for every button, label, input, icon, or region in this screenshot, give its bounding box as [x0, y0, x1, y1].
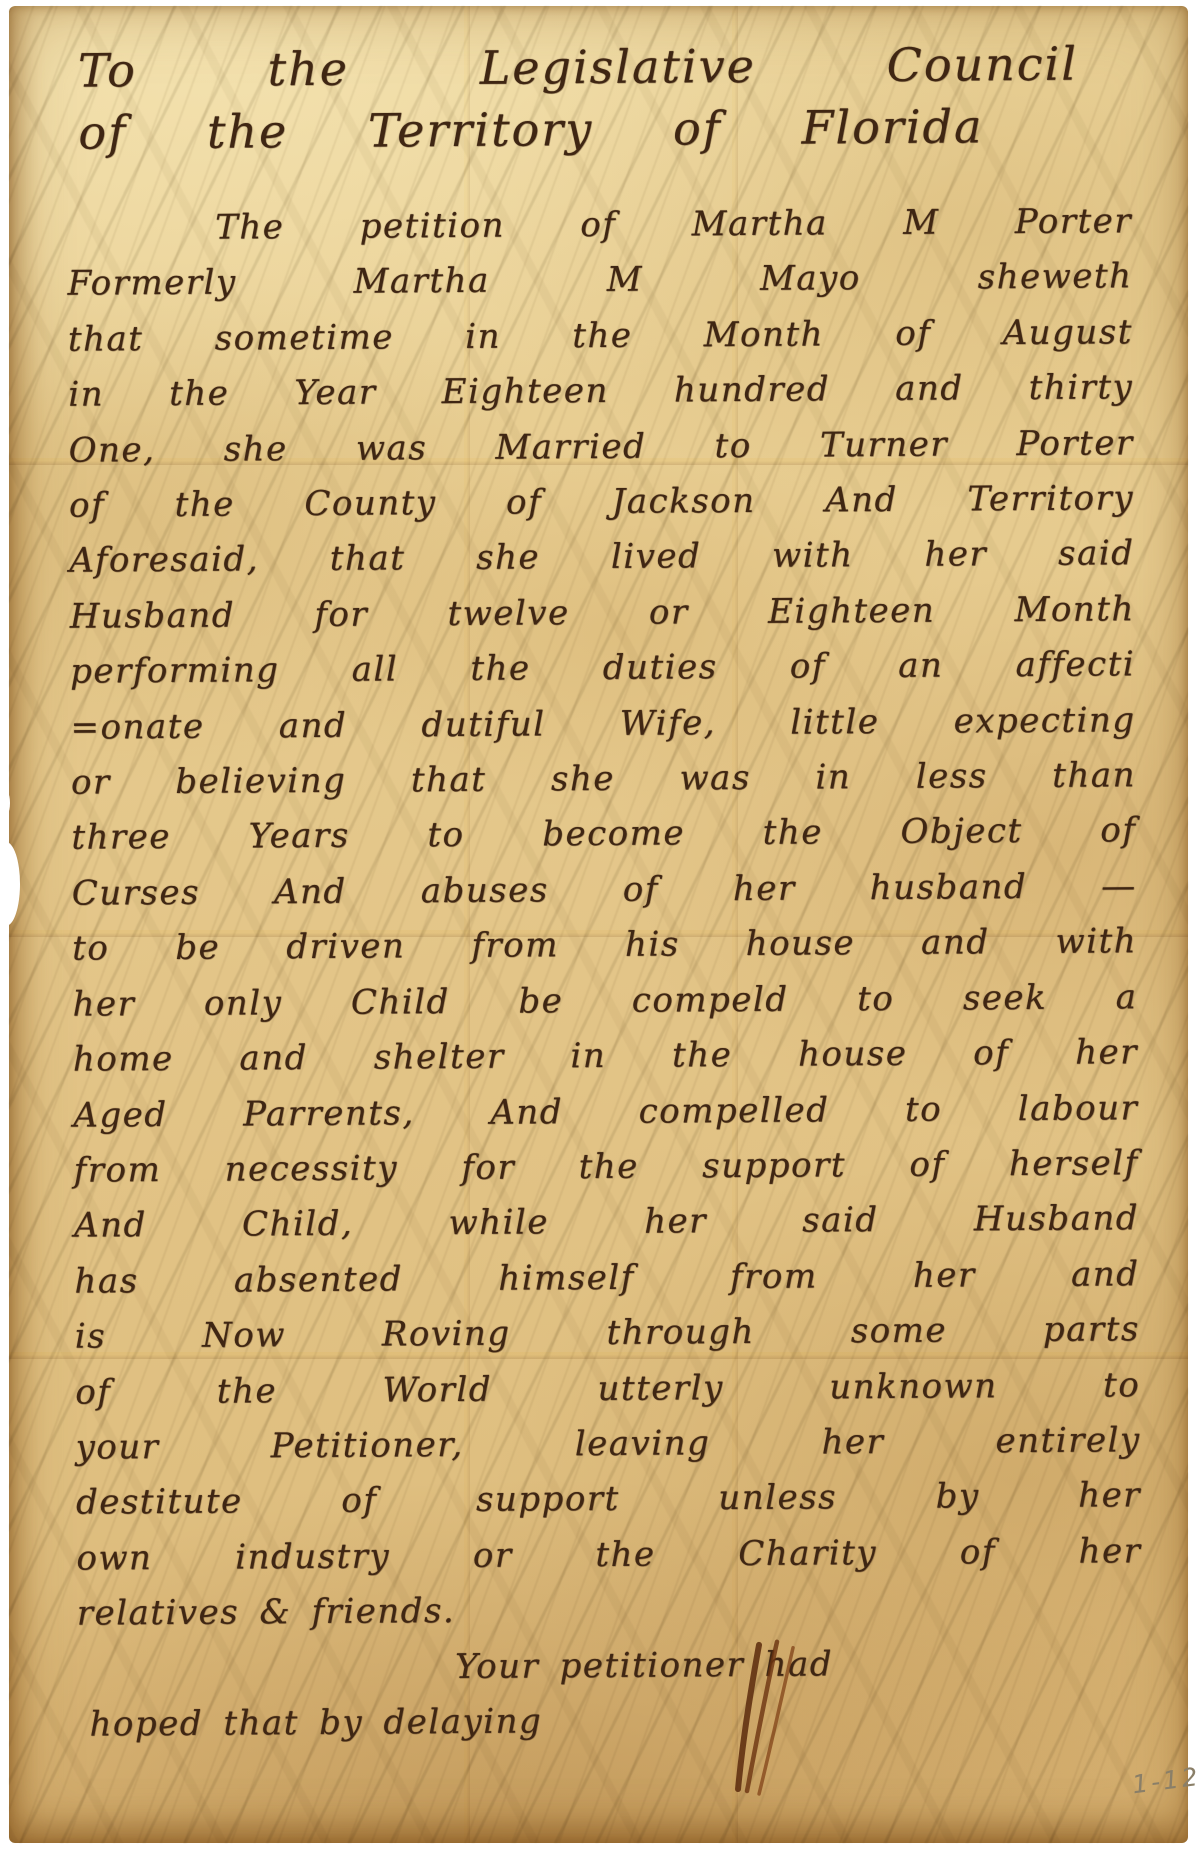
salutation-line: of the Territory of Florida [78, 95, 983, 163]
manuscript-line: Aforesaid, that she lived with her said [69, 527, 1134, 590]
manuscript-line: of the World utterly unknown to [75, 1358, 1140, 1421]
manuscript-line: One, she was Married to Turner Porter [68, 416, 1133, 479]
manuscript-line: is Now Roving through some parts [75, 1302, 1140, 1365]
manuscript-line: hoped that by delaying [77, 1690, 1142, 1753]
manuscript-line: from necessity for the support of hersel… [74, 1136, 1139, 1199]
manuscript-line: her only Child be compeld to seek a [72, 970, 1137, 1033]
triple-slash-ink-stroke [727, 1639, 812, 1798]
manuscript-line: destitute of support unless by her [76, 1469, 1141, 1532]
manuscript-line: home and shelter in the house of her [73, 1025, 1138, 1088]
manuscript-line: =onate and dutiful Wife, little expectin… [70, 693, 1135, 756]
manuscript-line: Curses And abuses of her husband — [72, 859, 1137, 922]
salutation-line: To the Legislative Council [78, 33, 1078, 102]
manuscript-line: performing all the duties of an affecti [70, 638, 1135, 701]
manuscript-line: or believing that she was in less than [71, 748, 1136, 811]
manuscript-line: of the County of Jackson And Territory [69, 471, 1134, 534]
manuscript-line: Your petitioner had [77, 1635, 1142, 1698]
manuscript-line: And Child, while her said Husband [74, 1192, 1139, 1255]
manuscript-line: to be driven from his house and with [72, 915, 1137, 978]
manuscript-line: Husband for twelve or Eighteen Month [70, 582, 1135, 645]
document-scan: To the Legislative Council of the Territ… [0, 0, 1200, 1852]
manuscript-line: Formerly Martha M Mayo sheweth [67, 250, 1132, 313]
salutation: To the Legislative Council of the Territ… [78, 33, 1079, 164]
manuscript-text: To the Legislative Council of the Territ… [0, 0, 1200, 1852]
manuscript-line: has absented himself from her and [74, 1247, 1139, 1310]
pencil-page-number: 1-12 [1130, 1762, 1200, 1800]
manuscript-line: own industry or the Charity of her [76, 1524, 1141, 1587]
manuscript-line: in the Year Eighteen hundred and thirty [68, 360, 1133, 423]
ink-flourish-mark [727, 1639, 812, 1802]
petition-body: The petition of Martha M Porter Formerly… [67, 194, 1143, 1753]
manuscript-line: relatives & friends. [77, 1579, 1142, 1642]
manuscript-line: your Petitioner, leaving her entirely [75, 1413, 1140, 1476]
manuscript-line: three Years to become the Object of [71, 804, 1136, 867]
manuscript-line: The petition of Martha M Porter [67, 194, 1132, 257]
manuscript-line: that sometime in the Month of August [68, 305, 1133, 368]
manuscript-line: Aged Parrents, And compelled to labour [73, 1081, 1138, 1144]
